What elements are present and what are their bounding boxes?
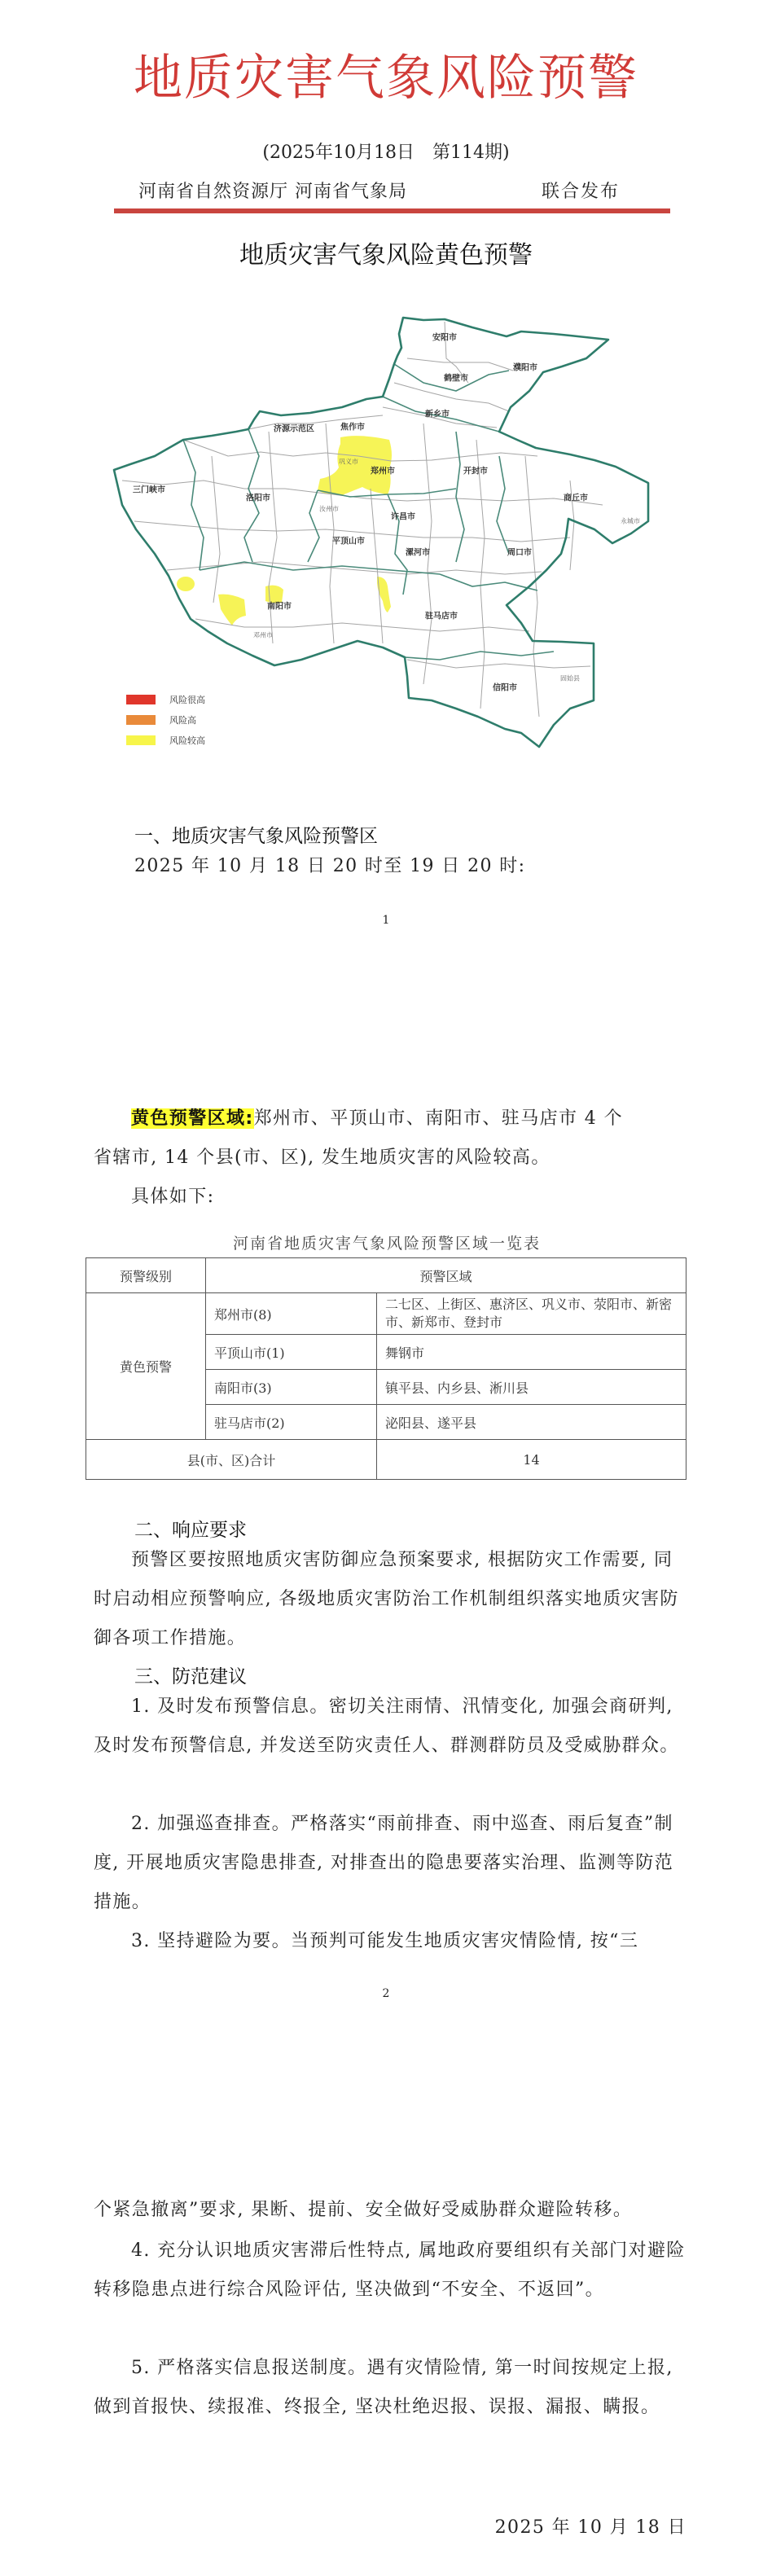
legend-swatch-yellow bbox=[126, 735, 156, 745]
map-label-gushi: 固始县 bbox=[560, 674, 580, 683]
joint-release-label: 联合发布 bbox=[542, 178, 620, 203]
advice-item-3-part-1: 3. 坚持避险为要。当预判可能发生地质灾害灾情险情, 按“三 bbox=[94, 1922, 688, 1961]
map-label-xuchang: 许昌市 bbox=[391, 510, 415, 522]
map-label-luoyang: 洛阳市 bbox=[246, 491, 270, 503]
page-number-2: 2 bbox=[0, 1987, 772, 2000]
advice-item-4: 4. 充分认识地质灾害滞后性特点, 属地政府要组织有关部门对避险转移隐患点进行综… bbox=[94, 2232, 688, 2310]
advice-item-2: 2. 加强巡查排查。严格落实“雨前排查、雨中巡查、雨后复查”制度, 开展地质灾害… bbox=[94, 1805, 688, 1922]
areas-cell: 舞钢市 bbox=[377, 1335, 686, 1370]
yellow-zone-paragraph: 黄色预警区域:郑州市、平顶山市、南阳市、驻马店市 4 个 省辖市, 14 个县(… bbox=[94, 1099, 688, 1217]
yellow-zone-summary: 省辖市, 14 个县(市、区), 发生地质灾害的风险较高。 bbox=[94, 1139, 688, 1178]
city-cell: 平顶山市(1) bbox=[206, 1335, 377, 1370]
areas-cell: 泌阳县、遂平县 bbox=[377, 1405, 686, 1440]
legend-swatch-orange bbox=[126, 715, 156, 725]
map-label-shangqiu: 商丘市 bbox=[564, 491, 588, 503]
map-label-dengzhou: 邓州市 bbox=[253, 631, 273, 640]
map-label-kaifeng: 开封市 bbox=[463, 464, 488, 476]
level-cell: 黄色预警 bbox=[86, 1293, 206, 1440]
issuing-agencies: 河南省自然资源厅 河南省气象局 bbox=[138, 178, 407, 203]
red-divider bbox=[114, 208, 670, 213]
section-2-heading: 二、响应要求 bbox=[134, 1515, 247, 1542]
section-1-heading: 一、地质灾害气象风险预警区 bbox=[134, 821, 378, 848]
map-label-ruzhou: 汝州市 bbox=[319, 505, 339, 514]
table-row: 黄色预警 郑州市(8) 二七区、上街区、惠济区、巩义市、荥阳市、新密市、新郑市、… bbox=[86, 1293, 686, 1335]
risk-map: 安阳市 濮阳市 鹤壁市 新乡市 焦作市 济源示范区 巩义市 郑州市 开封市 三门… bbox=[81, 293, 668, 774]
header-area: 预警区域 bbox=[206, 1258, 686, 1293]
map-label-luohe: 漯河市 bbox=[406, 546, 430, 558]
total-value: 14 bbox=[377, 1440, 686, 1480]
advice-item-1: 1. 及时发布预警信息。密切关注雨情、汛情变化, 加强会商研判, 及时发布预警信… bbox=[94, 1687, 688, 1766]
response-requirements-text: 预警区要按照地质灾害防御应急预案要求, 根据防灾工作需要, 同时启动相应预警响应… bbox=[94, 1541, 688, 1658]
map-label-zhengzhou: 郑州市 bbox=[371, 464, 395, 476]
map-label-nanyang: 南阳市 bbox=[267, 599, 292, 612]
city-cell: 南阳市(3) bbox=[206, 1370, 377, 1405]
table-total-row: 县(市、区)合计 14 bbox=[86, 1440, 686, 1480]
yellow-zone-label: 黄色预警区域: bbox=[131, 1108, 254, 1129]
table-header-row: 预警级别 预警区域 bbox=[86, 1258, 686, 1293]
section-3-heading: 三、防范建议 bbox=[134, 1661, 247, 1688]
map-label-yongcheng: 永城市 bbox=[621, 517, 640, 526]
advice-item-5: 5. 严格落实信息报送制度。遇有灾情险情, 第一时间按规定上报, 做到首报快、续… bbox=[94, 2349, 688, 2427]
total-label: 县(市、区)合计 bbox=[86, 1440, 377, 1480]
map-label-zhoukou: 周口市 bbox=[507, 546, 532, 558]
warning-title: 地质灾害气象风险黄色预警 bbox=[0, 235, 772, 270]
yellow-zone-cities: 郑州市、平顶山市、南阳市、驻马店市 4 个 bbox=[254, 1108, 623, 1129]
document-title: 地质灾害气象风险预警 bbox=[0, 39, 772, 109]
areas-cell: 二七区、上街区、惠济区、巩义市、荥阳市、新密市、新郑市、登封市 bbox=[377, 1293, 686, 1335]
details-intro: 具体如下: bbox=[94, 1178, 688, 1217]
map-label-anyang: 安阳市 bbox=[432, 331, 457, 343]
warning-period: 2025 年 10 月 18 日 20 时至 19 日 20 时: bbox=[134, 847, 526, 886]
areas-cell: 镇平县、内乡县、淅川县 bbox=[377, 1370, 686, 1405]
map-label-xinxiang: 新乡市 bbox=[425, 407, 450, 419]
legend-swatch-red bbox=[126, 695, 156, 704]
header-level: 预警级别 bbox=[86, 1258, 206, 1293]
table-caption: 河南省地质灾害气象风险预警区域一览表 bbox=[86, 1231, 688, 1253]
map-label-pingdingshan: 平顶山市 bbox=[332, 534, 365, 546]
city-cell: 郑州市(8) bbox=[206, 1293, 377, 1335]
warning-area-table: 预警级别 预警区域 黄色预警 郑州市(8) 二七区、上街区、惠济区、巩义市、荥阳… bbox=[86, 1257, 686, 1480]
signature-date: 2025 年 10 月 18 日 bbox=[495, 2508, 686, 2547]
page-number-1: 1 bbox=[0, 914, 772, 927]
map-label-jiyuan: 济源示范区 bbox=[274, 422, 314, 434]
map-label-jiaozuo: 焦作市 bbox=[340, 420, 365, 432]
map-label-gongyi: 巩义市 bbox=[339, 458, 358, 467]
map-label-xinyang: 信阳市 bbox=[493, 681, 517, 693]
map-label-puyang: 濮阳市 bbox=[513, 361, 537, 373]
issue-number: (2025年10月18日 第114期) bbox=[0, 138, 772, 164]
map-label-sanmenxia: 三门峡市 bbox=[133, 483, 165, 495]
advice-item-3-part-2: 个紧急撤离”要求, 果断、提前、安全做好受威胁群众避险转移。 bbox=[94, 2191, 688, 2230]
map-label-zhumadian: 驻马店市 bbox=[425, 609, 458, 621]
county-boundaries bbox=[122, 322, 603, 717]
city-cell: 驻马店市(2) bbox=[206, 1405, 377, 1440]
map-label-hebi: 鹤壁市 bbox=[444, 371, 468, 384]
